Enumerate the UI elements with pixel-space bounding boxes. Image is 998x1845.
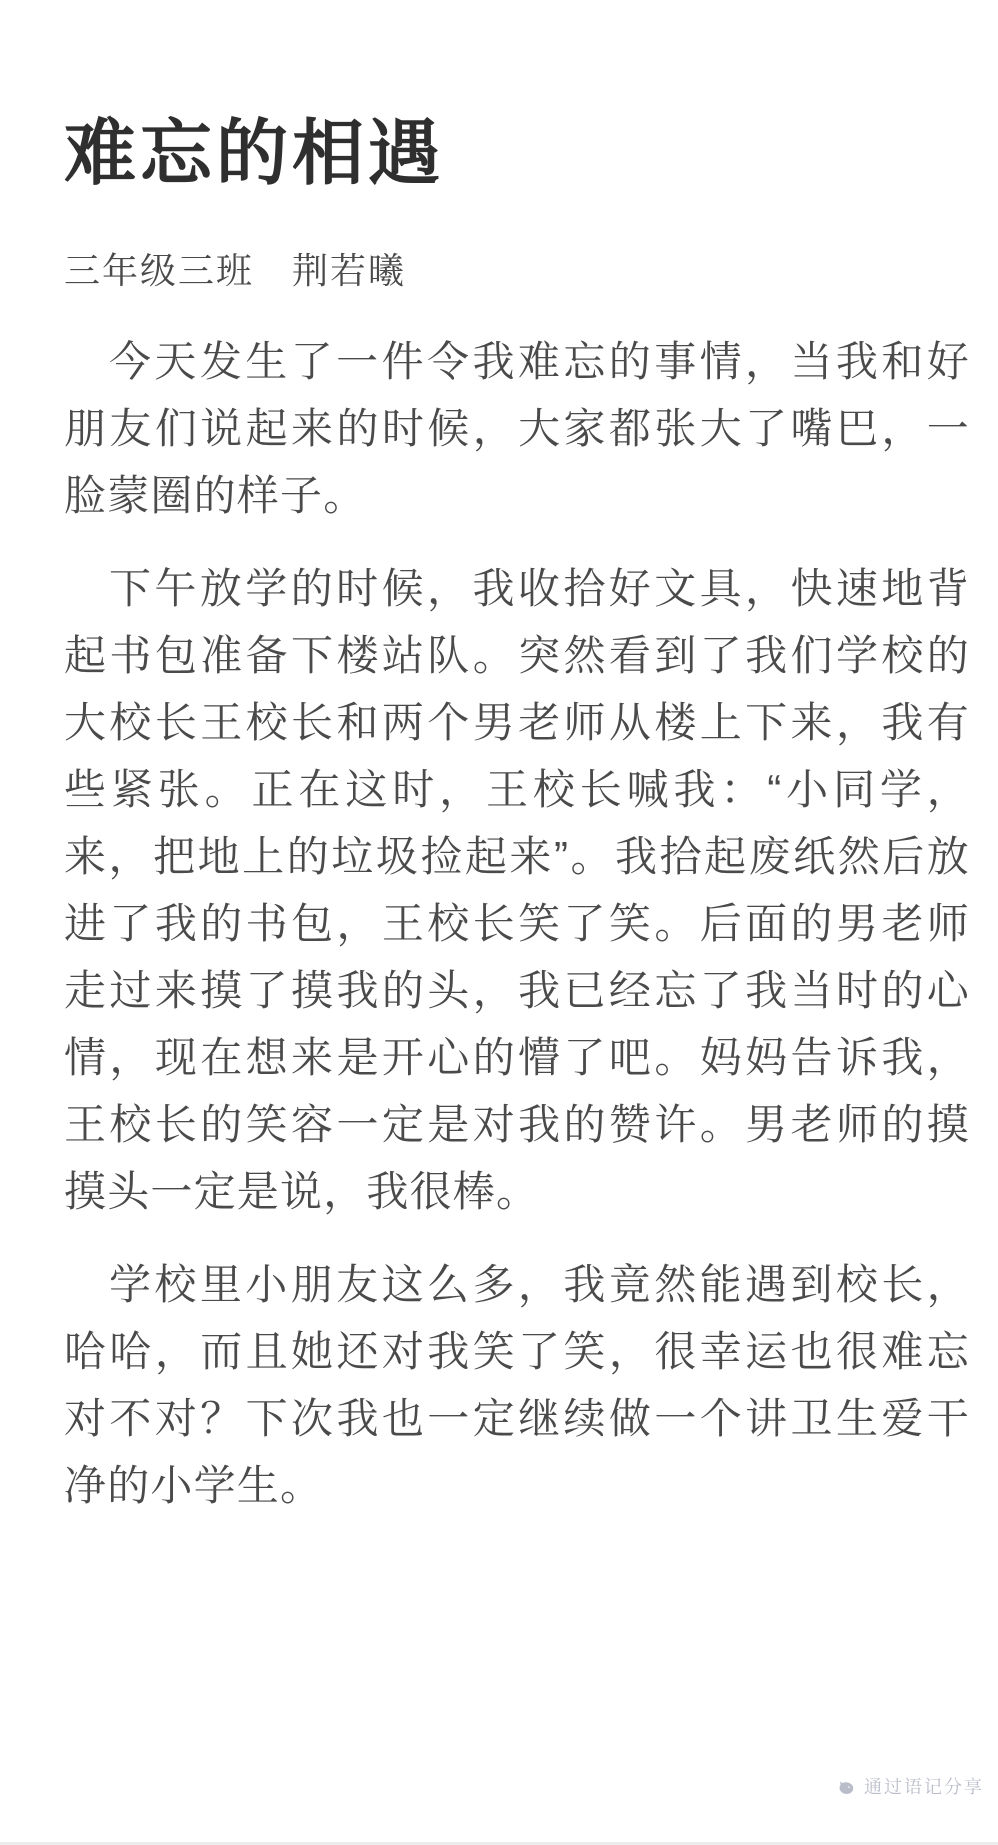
paragraph-1: 今天发生了一件令我难忘的事情，当我和好朋友们说起来的时候，大家都张大了嘴巴，一脸…: [64, 328, 970, 529]
share-watermark: 通过语记分享: [837, 1775, 984, 1799]
author-byline: 三年级三班 荆若曦: [64, 248, 970, 294]
whale-icon: [837, 1778, 856, 1797]
essay-body: 今天发生了一件令我难忘的事情，当我和好朋友们说起来的时候，大家都张大了嘴巴，一脸…: [64, 328, 970, 1519]
watermark-label: 通过语记分享: [864, 1775, 984, 1799]
paragraph-3: 学校里小朋友这么多，我竟然能遇到校长，哈哈，而且她还对我笑了笑，很幸运也很难忘对…: [64, 1251, 970, 1519]
essay-title: 难忘的相遇: [64, 108, 970, 200]
paragraph-2: 下午放学的时候，我收拾好文具，快速地背起书包准备下楼站队。突然看到了我们学校的大…: [64, 555, 970, 1225]
essay-content: 难忘的相遇 三年级三班 荆若曦 今天发生了一件令我难忘的事情，当我和好朋友们说起…: [64, 108, 970, 1519]
essay-share-page: 难忘的相遇 三年级三班 荆若曦 今天发生了一件令我难忘的事情，当我和好朋友们说起…: [0, 0, 998, 1845]
